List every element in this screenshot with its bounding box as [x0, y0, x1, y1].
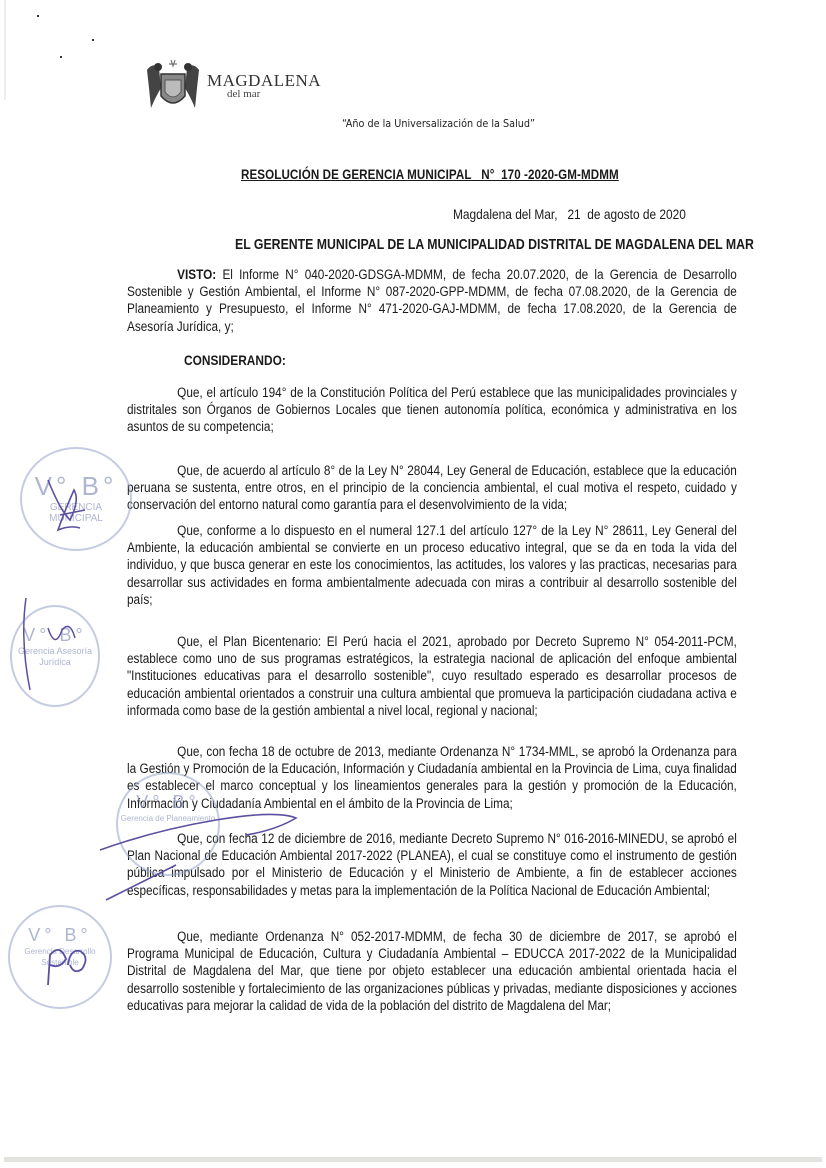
approval-stamp-planeamiento: V° B° Gerencia de Planeamiento [116, 772, 220, 876]
scan-speck [37, 15, 39, 17]
stamp-mark: V° B° [10, 925, 110, 946]
scan-edge [4, 0, 6, 100]
paragraph-7: Que, mediante Ordenanza N° 052-2017-MDMM… [127, 928, 737, 1014]
issuer-heading: EL GERENTE MUNICIPAL DE LA MUNICIPALIDAD… [235, 236, 754, 253]
stamp-mark: V° B° [118, 792, 218, 813]
considerando-label: CONSIDERANDO: [184, 352, 286, 368]
brand-name: MAGDALENA [207, 72, 321, 89]
place-date: Magdalena del Mar, 21 de agosto de 2020 [453, 206, 686, 222]
document-page: MAGDALENA del mar “Año de la Universaliz… [0, 0, 826, 1168]
approval-stamp-asesoria-juridica: V° B° Gerencia Asesoría Jurídica [10, 605, 100, 707]
stamp-office: Gerencia Asesoría Jurídica [12, 646, 98, 668]
brand-subtitle: del mar [227, 89, 260, 100]
paragraph-1: Que, el artículo 194° de la Constitución… [127, 384, 737, 436]
stamp-mark: V° B° [12, 625, 98, 646]
stamp-office: Gerencia Desarrollo Sostenible [10, 946, 110, 968]
approval-stamp-desarrollo-sostenible: V° B° Gerencia Desarrollo Sostenible [8, 905, 112, 1009]
scan-speck [92, 39, 94, 41]
paragraph-5: Que, con fecha 18 de octubre de 2013, me… [127, 743, 737, 812]
scan-edge [4, 1157, 822, 1162]
scan-speck [60, 56, 62, 58]
paragraph-2: Que, de acuerdo al artículo 8° de la Ley… [127, 462, 737, 514]
visto-paragraph: VISTO: El Informe N° 040-2020-GDSGA-MDMM… [127, 266, 737, 335]
stamp-office: Gerencia de Planeamiento [118, 813, 218, 824]
visto-text: El Informe N° 040-2020-GDSGA-MDMM, de fe… [127, 267, 737, 334]
approval-stamp-gerencia-municipal: V° B° GERENCIA MUNICIPAL [20, 447, 132, 551]
stamp-mark: V° B° [22, 471, 130, 502]
coat-of-arms-icon [143, 58, 203, 114]
paragraph-6: Que, con fecha 12 de diciembre de 2016, … [127, 830, 737, 899]
resolution-title: RESOLUCIÓN DE GERENCIA MUNICIPAL N° 170 … [241, 166, 619, 182]
paragraph-4: Que, el Plan Bicentenario: El Perú hacia… [127, 633, 737, 719]
visto-label: VISTO: [177, 267, 216, 282]
paragraph-3: Que, conforme a lo dispuesto en el numer… [127, 522, 737, 608]
stamp-office: GERENCIA MUNICIPAL [22, 502, 130, 524]
year-motto: “Año de la Universalización de la Salud” [342, 118, 535, 130]
